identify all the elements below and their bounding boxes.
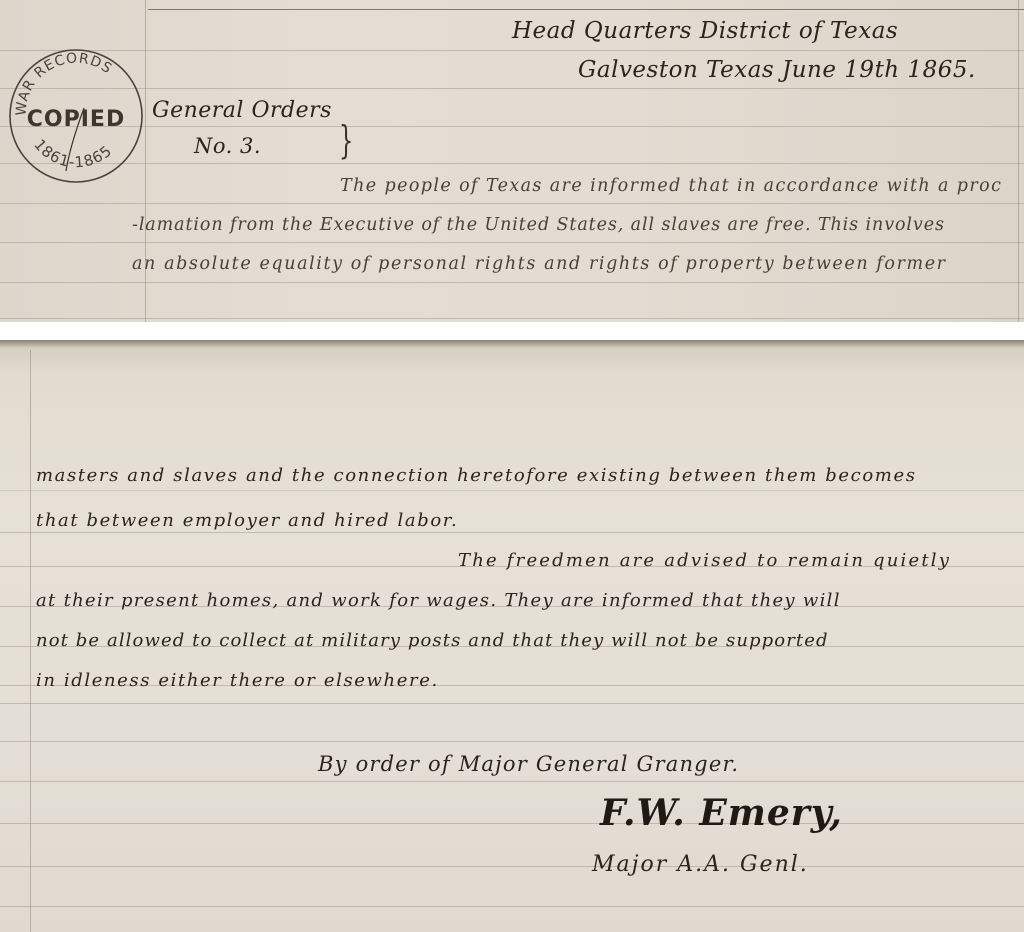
stamp-center-text: COPIED	[27, 107, 125, 132]
stamp-icon: WAR RECORDS COPIED 1861-1865	[6, 46, 146, 186]
header-rule	[148, 9, 1024, 10]
ruled-line	[0, 490, 1024, 491]
ruled-line	[0, 906, 1024, 907]
ruled-line	[0, 203, 1024, 204]
orders-title: General Orders	[152, 98, 332, 123]
ruled-line	[0, 126, 1024, 127]
ledger-photo-top: WAR RECORDS COPIED 1861-1865 Head Quarte…	[0, 0, 1024, 322]
ruled-line	[0, 703, 1024, 704]
ruled-line	[0, 282, 1024, 283]
ruled-line	[0, 532, 1024, 533]
heading-place-line1: Head Quarters District of Texas	[512, 18, 898, 44]
brace-glyph: }	[339, 118, 354, 162]
body-line-9: in idleness either there or elsewhere.	[36, 670, 439, 691]
body-line-6: The freedmen are advised to remain quiet…	[458, 550, 951, 571]
by-order-line: By order of Major General Granger.	[318, 752, 739, 776]
ruled-line	[0, 781, 1024, 782]
ruled-line	[0, 823, 1024, 824]
body-line-1: The people of Texas are informed that in…	[340, 176, 1002, 196]
body-line-4: masters and slaves and the connection he…	[36, 465, 917, 486]
orders-number: No. 3.	[194, 134, 261, 158]
body-line-2: -lamation from the Executive of the Unit…	[132, 215, 945, 235]
margin-line-right	[1018, 0, 1019, 322]
heading-place-line2: Galveston Texas June 19th 1865.	[578, 57, 976, 83]
ruled-line	[0, 163, 1024, 164]
body-line-7: at their present homes, and work for wag…	[36, 590, 841, 611]
ruled-line	[0, 242, 1024, 243]
ruled-line	[0, 50, 1024, 51]
ruled-line	[0, 741, 1024, 742]
body-line-8: not be allowed to collect at military po…	[36, 630, 829, 651]
margin-line-left	[30, 350, 31, 932]
ruled-line	[0, 88, 1024, 89]
war-records-copied-stamp: WAR RECORDS COPIED 1861-1865	[6, 46, 146, 186]
signature: F.W. Emery,	[600, 792, 843, 834]
body-line-3: an absolute equality of personal rights …	[132, 254, 947, 274]
ruled-line	[0, 318, 1024, 319]
signatory-title: Major A.A. Genl.	[592, 852, 809, 877]
body-line-5: that between employer and hired labor.	[36, 510, 458, 531]
page-curl-edge	[0, 340, 1024, 348]
ledger-photo-bottom: masters and slaves and the connection he…	[0, 340, 1024, 932]
ruled-line	[0, 866, 1024, 867]
